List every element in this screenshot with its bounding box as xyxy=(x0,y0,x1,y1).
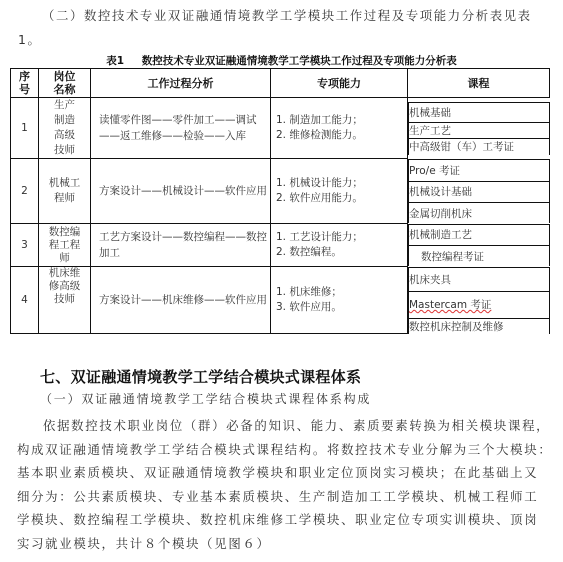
header-course: 课程 xyxy=(408,69,550,98)
row-no: 3 xyxy=(11,224,39,267)
table-row: 2 机械工程师 方案设计——机械设计——软件应用 1. 机械设计能力；2. 软件… xyxy=(11,159,550,224)
paragraph-line: 依据数控技术职业岗位（群）必备的知识、能力、素质要素转换为相关模块课程， xyxy=(43,416,563,434)
paragraph-line: 学模块、数控编程工学模块、数控机床维修工学模块、职业定位专项实训模块、顶岗 xyxy=(17,510,547,528)
paragraph-line: 实习就业模块，共计８个模块（见图６） xyxy=(17,534,547,552)
row-courses: 机械制造工艺 数控编程考证 xyxy=(408,224,550,267)
table-caption: 表1 数控技术专业双证融通情境教学工学模块工作过程及专项能力分析表 xyxy=(0,53,563,68)
course-item: 机床夹具 xyxy=(409,267,550,291)
table-row: 1 生产制造高级技师 读懂零件图——零件加工——调试——返工维修——检验——入库… xyxy=(11,98,550,159)
section-subheading: （一）双证融通情境教学工学结合模块式课程体系构成 xyxy=(40,390,371,407)
row-process: 工艺方案设计——数控编程——数控加工 xyxy=(91,224,271,267)
row-job: 机床维修高级技师 xyxy=(39,267,91,334)
row-no: 2 xyxy=(11,159,39,224)
row-process: 读懂零件图——零件加工——调试——返工维修——检验——入库 xyxy=(91,98,271,159)
ability-analysis-table: 序号 岗位名称 工作过程分析 专项能力 课程 1 生产制造高级技师 读懂零件图—… xyxy=(10,68,550,334)
row-courses: 机床夹具 Mastercam 考证 数控机床控制及维修 xyxy=(408,267,550,334)
row-ability: 1. 制造加工能力；2. 维修检测能力。 xyxy=(271,98,408,159)
row-process: 方案设计——机床维修——软件应用 xyxy=(91,267,271,334)
table-caption-number: 表1 xyxy=(106,55,124,67)
table-row: 3 数控编程工程师 工艺方案设计——数控编程——数控加工 1. 工艺设计能力；2… xyxy=(11,224,550,267)
row-ability: 1. 机械设计能力；2. 软件应用能力。 xyxy=(271,159,408,224)
header-no: 序号 xyxy=(11,69,39,98)
header-ability: 专项能力 xyxy=(271,69,408,98)
course-item: 机械基础 xyxy=(409,102,550,122)
table-caption-title: 数控技术专业双证融通情境教学工学模块工作过程及专项能力分析表 xyxy=(142,55,457,67)
row-ability: 1. 机床维修；3. 软件应用。 xyxy=(271,267,408,334)
paragraph-line: 构成双证融通情境教学工学结合模块式课程结构。将数控技术专业分解为三个大模块： xyxy=(17,440,547,458)
row-job: 机械工程师 xyxy=(39,159,91,224)
section-heading: 七、双证融通情境教学工学结合模块式课程体系 xyxy=(40,366,361,387)
row-no: 4 xyxy=(11,267,39,334)
intro-line-2: 1。 xyxy=(18,30,41,48)
row-process: 方案设计——机械设计——软件应用 xyxy=(91,159,271,224)
row-courses: 机械基础 生产工艺 中高级钳（车）工考证 xyxy=(408,98,550,159)
row-job: 生产制造高级技师 xyxy=(39,98,91,159)
course-item: 中高级钳（车）工考证 xyxy=(409,138,550,155)
row-no: 1 xyxy=(11,98,39,159)
course-item: 生产工艺 xyxy=(409,122,550,138)
row-courses: Pro/e 考证 机械设计基础 金属切削机床 xyxy=(408,159,550,224)
paragraph-line: 细分为：公共素质模块、专业基本素质模块、生产制造加工工学模块、机械工程师工 xyxy=(17,487,547,505)
course-item: Pro/e 考证 xyxy=(409,159,550,181)
course-item: 机械制造工艺 xyxy=(409,224,550,245)
header-process: 工作过程分析 xyxy=(91,69,271,98)
row-ability: 1. 工艺设计能力；2. 数控编程。 xyxy=(271,224,408,267)
intro-line-1: （二）数控技术专业双证融通情境教学工学模块工作过程及专项能力分析表见表 xyxy=(42,6,532,24)
course-item: Mastercam 考证 xyxy=(409,291,550,318)
row-job: 数控编程工程师 xyxy=(39,224,91,267)
table-row: 4 机床维修高级技师 方案设计——机床维修——软件应用 1. 机床维修；3. 软… xyxy=(11,267,550,334)
header-job: 岗位名称 xyxy=(39,69,91,98)
course-item: 金属切削机床 xyxy=(409,202,550,223)
course-item: 机械设计基础 xyxy=(409,181,550,202)
table-header-row: 序号 岗位名称 工作过程分析 专项能力 课程 xyxy=(11,69,550,98)
course-item: 数控机床控制及维修 xyxy=(409,318,550,334)
paragraph-line: 基本职业素质模块、双证融通情境教学模块和职业定位顶岗实习模块；在此基础上又 xyxy=(17,463,547,481)
course-item: 数控编程考证 xyxy=(409,245,550,266)
